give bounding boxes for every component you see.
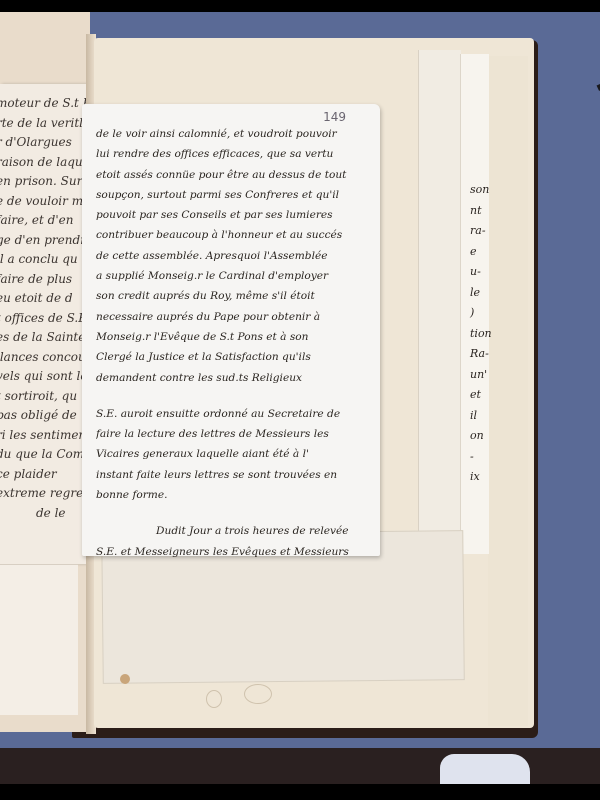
text-fragment: nt bbox=[470, 201, 492, 222]
photo-scene: moteur de S.t Pon rte de la veritl r d'O… bbox=[0, 12, 600, 784]
text-line: pas obligé de bbox=[0, 406, 88, 426]
text-line: vels qui sont le bbox=[0, 367, 88, 387]
text-fragment: e bbox=[470, 242, 492, 263]
left-page: moteur de S.t Pon rte de la veritl r d'O… bbox=[0, 12, 90, 732]
text-line: du que la Com bbox=[0, 445, 88, 465]
text-fragment: ix bbox=[470, 467, 492, 488]
cloth bbox=[440, 754, 530, 784]
text-line: contribuer beaucoup à l'honneur et au su… bbox=[96, 225, 378, 245]
left-page-lower-sheet bbox=[0, 564, 78, 715]
text-line: instant faite leurs lettres se sont trou… bbox=[96, 465, 378, 485]
text-line: ri les sentimen bbox=[0, 426, 88, 446]
folio-number: 149 bbox=[323, 110, 346, 124]
text-line: lui rendre des offices efficaces, que sa… bbox=[96, 144, 378, 164]
left-page-text: moteur de S.t Pon rte de la veritl r d'O… bbox=[0, 94, 88, 523]
text-line: de cette assemblée. Apresquoi l'Assemblé… bbox=[96, 246, 378, 266]
text-line: soupçon, surtout parmi ses Confreres et … bbox=[96, 185, 378, 205]
text-line: faire, et d'en bbox=[0, 211, 88, 231]
text-fragment: le bbox=[470, 283, 492, 304]
stain bbox=[244, 684, 272, 704]
text-fragment: - bbox=[470, 447, 492, 468]
text-fragment: Ra- bbox=[470, 344, 492, 365]
text-line: faire de plus bbox=[0, 270, 88, 290]
text-line: necessaire auprés du Pape pour obtenir à bbox=[96, 307, 378, 327]
text-line: il a conclu qu bbox=[0, 250, 88, 270]
text-line: pouvoit par ses Conseils et par ses lumi… bbox=[96, 205, 378, 225]
text-line: rte de la veritl bbox=[0, 114, 88, 134]
text-line: S.E. et Messeigneurs les Evêques et Mess… bbox=[96, 542, 378, 562]
text-line: a supplié Monseig.r le Cardinal d'employ… bbox=[96, 266, 378, 286]
text-line: t sortiroit, qu bbox=[0, 387, 88, 407]
text-line: raison de laque bbox=[0, 153, 88, 173]
table-edge bbox=[0, 748, 600, 784]
text-line: llances concour bbox=[0, 348, 88, 368]
text-line: ge d'en prendre bbox=[0, 231, 88, 251]
stain bbox=[206, 690, 222, 708]
text-line: Dudit Jour a trois heures de relevée bbox=[96, 521, 378, 541]
text-fragment: on bbox=[470, 426, 492, 447]
text-line: extreme regre bbox=[0, 484, 88, 504]
strip-text: son nt ra- e u- le ) tion Ra- un' et il … bbox=[470, 180, 492, 488]
text-line: eu etoit de d bbox=[0, 289, 88, 309]
text-line: es de la Sainte bbox=[0, 328, 88, 348]
text-line: e de vouloir m bbox=[0, 192, 88, 212]
text-line: ce plaider bbox=[0, 465, 88, 485]
text-line: son credit auprés du Roy, même s'il étoi… bbox=[96, 286, 378, 306]
text-line: Vicaires generaux laquelle aiant été à l… bbox=[96, 444, 378, 464]
text-fragment: un' bbox=[470, 365, 492, 386]
text-line: Clergé la Justice et la Satisfaction qu'… bbox=[96, 347, 378, 367]
edge-sheet bbox=[488, 56, 528, 726]
text-line: en prison. Surge bbox=[0, 172, 88, 192]
text-line: de le bbox=[0, 504, 88, 524]
text-line: bonne forme. bbox=[96, 485, 378, 505]
text-fragment: et bbox=[470, 385, 492, 406]
text-line: moteur de S.t Pon bbox=[0, 94, 88, 114]
text-line: demandent contre les sud.ts Religieux bbox=[96, 368, 378, 388]
text-line: faire la lecture des lettres de Messieur… bbox=[96, 424, 378, 444]
text-fragment: ) bbox=[470, 303, 492, 324]
text-fragment: il bbox=[470, 406, 492, 427]
text-line: t offices de S.E bbox=[0, 309, 88, 329]
text-fragment: tion bbox=[470, 324, 492, 345]
text-line: r d'Olargues bbox=[0, 133, 88, 153]
letter-body: de le voir ainsi calomnié, et voudroit p… bbox=[96, 124, 378, 562]
text-line: Monseig.r l'Evêque de S.t Pons et à son bbox=[96, 327, 378, 347]
text-fragment: ra- bbox=[470, 221, 492, 242]
text-line: de le voir ainsi calomnié, et voudroit p… bbox=[96, 124, 378, 144]
text-line: S.E. auroit ensuitte ordonné au Secretai… bbox=[96, 404, 378, 424]
text-fragment: son bbox=[470, 180, 492, 201]
text-line: etoit assés connüe pour être au dessus d… bbox=[96, 165, 378, 185]
stain bbox=[120, 674, 130, 684]
text-fragment: u- bbox=[470, 262, 492, 283]
handwritten-letter: 149 de le voir ainsi calomnié, et voudro… bbox=[82, 104, 380, 556]
